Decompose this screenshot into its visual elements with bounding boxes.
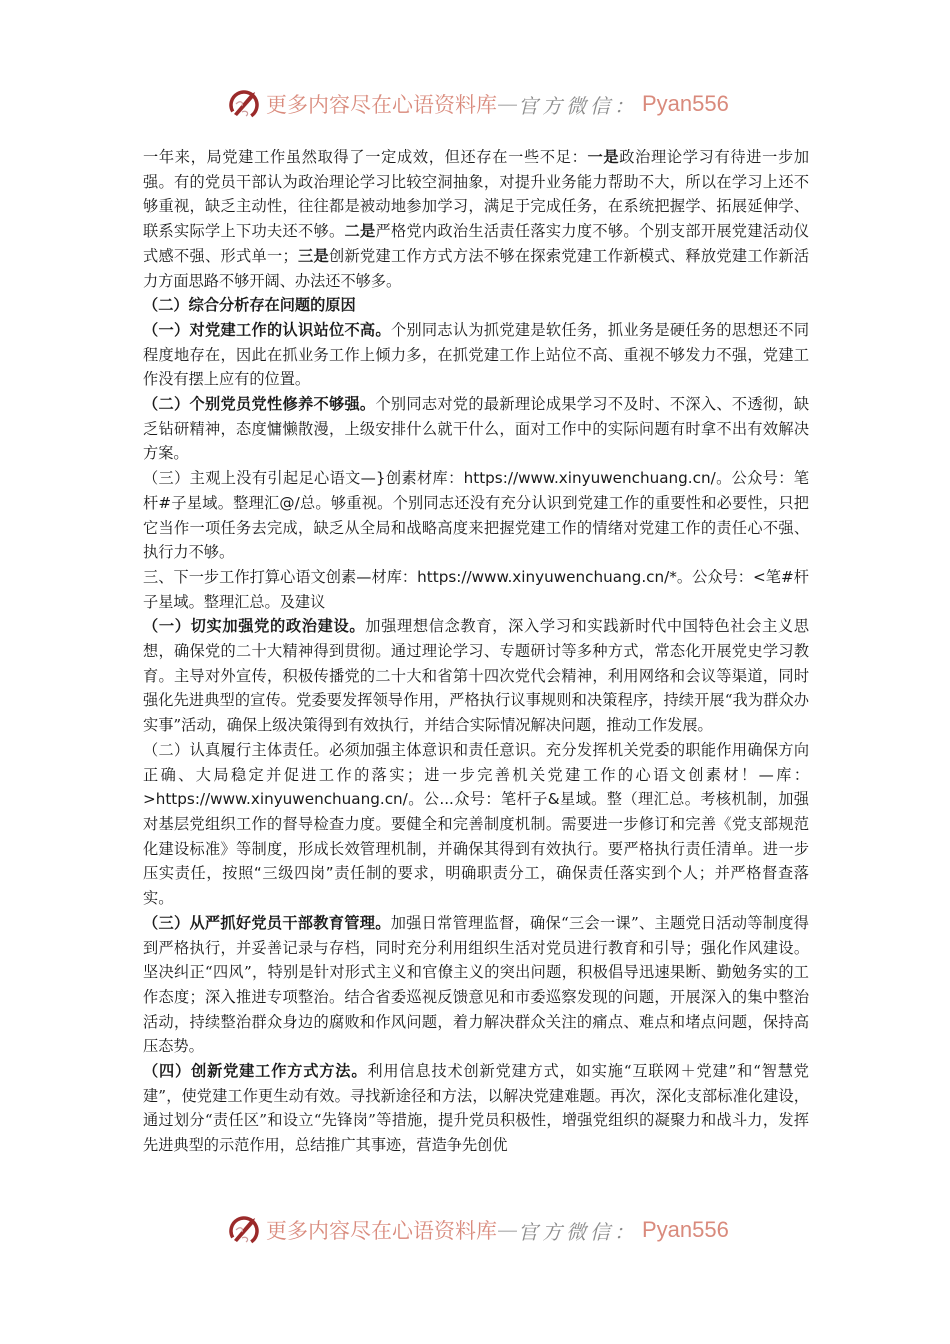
plan-title: （四）创新党建工作方式方法。 [143,1062,367,1080]
paragraph-plan-1: （一）切实加强党的政治建设。加强理想信念教育，深入学习和实践新时代中国特色社会主… [143,614,809,738]
footer-banner: 更多内容尽在心语资料库 — 官方微信： Pyan556 [226,1210,726,1250]
bold-marker: 三是 [298,247,329,265]
banner-dash: — [497,1218,518,1242]
banner-wechat-id: Pyan556 [642,1217,729,1243]
banner-slogan: 更多内容尽在心语资料库 [266,1215,497,1245]
text: 一年来，局党建工作虽然取得了一定成效，但还存在一些不足： [143,148,587,166]
plan-body: 加强日常管理监督，确保“三会一课”、主题党日活动等制度得到严格执行，并妥善记录与… [143,914,809,1056]
banner-wechat-label: 官方微信： [518,1216,638,1245]
section-heading-next-steps: 三、下一步工作打算心语文创素—材库：https://www.xinyuwench… [143,565,809,614]
quill-pen-logo-icon [226,86,262,122]
cause-title: （二）个别党员党性修养不够强。 [143,395,375,413]
bold-marker: 一是 [587,148,619,166]
document-body: 一年来，局党建工作虽然取得了一定成效，但还存在一些不足：一是政治理论学习有待进一… [143,145,809,1158]
banner-dash: — [497,92,518,116]
paragraph-plan-2: （二）认真履行主体责任。必须加强主体意识和责任意识。充分发挥机关党委的职能作用确… [143,738,809,911]
section-heading-causes: （二）综合分析存在问题的原因 [143,293,809,318]
header-banner: 更多内容尽在心语资料库 — 官方微信： Pyan556 [226,84,726,124]
paragraph-plan-4: （四）创新党建工作方式方法。利用信息技术创新党建方式，如实施“互联网＋党建”和“… [143,1059,809,1158]
plan-title: （一）切实加强党的政治建设。 [143,617,365,635]
quill-pen-logo-icon [226,1212,262,1248]
banner-wechat-id: Pyan556 [642,91,729,117]
banner-wechat-label: 官方微信： [518,90,638,119]
paragraph-cause-3: （三）主观上没有引起足心语文—}创素材库：https://www.xinyuwe… [143,466,809,565]
paragraph-plan-3: （三）从严抓好党员干部教育管理。加强日常管理监督，确保“三会一课”、主题党日活动… [143,911,809,1059]
paragraph-cause-1: （一）对党建工作的认识站位不高。个别同志认为抓党建是软任务，抓业务是硬任务的思想… [143,318,809,392]
cause-title: （一）对党建工作的认识站位不高。 [143,321,391,339]
banner-slogan: 更多内容尽在心语资料库 [266,89,497,119]
paragraph-shortcomings: 一年来，局党建工作虽然取得了一定成效，但还存在一些不足：一是政治理论学习有待进一… [143,145,809,293]
paragraph-cause-2: （二）个别党员党性修养不够强。个别同志对党的最新理论成果学习不及时、不深入、不透… [143,392,809,466]
plan-title: （三）从严抓好党员干部教育管理。 [143,914,391,932]
bold-marker: 二是 [344,222,375,240]
